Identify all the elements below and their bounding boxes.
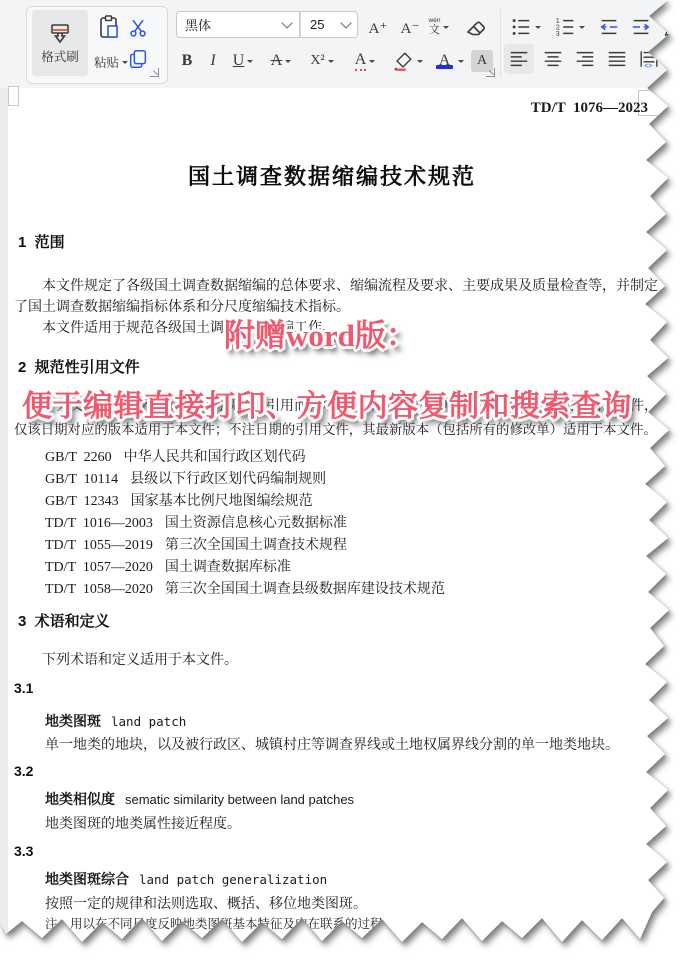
- section2-heading: 2 规范性引用文件: [18, 356, 140, 377]
- grow-font-label: A⁺: [369, 19, 388, 38]
- numbered-list-icon: 123: [554, 16, 576, 38]
- reference-code: GB/T 2260: [45, 450, 112, 465]
- distribute-icon: <>: [638, 48, 660, 70]
- term-english: land patch generalization: [139, 872, 327, 887]
- copy-button[interactable]: [126, 47, 150, 71]
- reference-code: TD/T 1058—2020: [45, 582, 153, 597]
- reference-item: GB/T 10114县级以下行政区划代码编制规则: [45, 468, 326, 488]
- chevron-down-icon: [247, 60, 253, 66]
- reference-code: TD/T 1057—2020: [45, 560, 153, 575]
- font-name-value: 黑体: [177, 15, 279, 34]
- font-color-icon: A: [434, 52, 455, 70]
- pen-icon: [661, 16, 683, 38]
- indent-icon: [630, 16, 652, 38]
- term-definition: 单一地类的地块，以及被行政区、城镇村庄等调查界线或土地权属界线分割的单一地类地块…: [45, 734, 619, 754]
- term-english: land patch: [111, 714, 186, 729]
- term-note: 注：用以在不同尺度反映地类图斑基本特征及内在联系的过程。: [45, 914, 395, 932]
- document-title: 国土调查数据缩编技术规范: [14, 160, 650, 191]
- align-left-button[interactable]: [504, 44, 534, 74]
- reference-code: GB/T 12343: [45, 494, 119, 509]
- term-english: sematic similarity between land patches: [125, 792, 354, 807]
- term-line: 地类图斑land patch: [45, 711, 186, 731]
- reference-code: GB/T 10114: [45, 472, 118, 487]
- watermark-line2: 便于编辑直接打印、方便内容复制和搜索查询: [22, 381, 632, 425]
- font-dialog-launcher[interactable]: [486, 68, 495, 77]
- svg-text:<>: <>: [644, 61, 653, 70]
- highlighter-icon: [392, 50, 414, 72]
- font-color-swatch: [436, 65, 453, 69]
- distribute-button[interactable]: <>: [634, 44, 664, 74]
- decrease-indent-button[interactable]: [596, 14, 622, 40]
- section3-intro: 下列术语和定义适用于本文件。: [14, 649, 238, 669]
- group-divider: [500, 9, 501, 77]
- font-size-select[interactable]: 25: [300, 11, 358, 38]
- term-line: 地类相似度sematic similarity between land pat…: [45, 789, 354, 809]
- reference-title: 县级以下行政区划代码编制规则: [130, 472, 326, 487]
- chevron-down-icon: [579, 26, 585, 32]
- format-painter-icon: [47, 21, 73, 47]
- font-name-select[interactable]: 黑体: [176, 11, 300, 38]
- chevron-down-icon: [535, 26, 541, 32]
- superscript-label: X²: [310, 53, 324, 69]
- svg-text:3: 3: [555, 31, 559, 38]
- reference-code: TD/T 1055—2019: [45, 538, 153, 553]
- align-left-icon: [508, 48, 530, 70]
- term-number: 3.3: [14, 843, 33, 859]
- reference-item: GB/T 12343国家基本比例尺地图编绘规范: [45, 490, 313, 510]
- align-center-icon: [542, 48, 564, 70]
- paste-clipboard-icon: [97, 14, 121, 40]
- text-effects-button[interactable]: A: [346, 48, 384, 74]
- reference-title: 第三次全国国土调查技术规程: [165, 538, 347, 553]
- reference-item: TD/T 1016—2003国土资源信息核心元数据标准: [45, 512, 347, 532]
- justify-button[interactable]: [602, 44, 632, 74]
- chevron-down-icon: [417, 60, 423, 66]
- bold-label: B: [182, 52, 193, 70]
- highlight-button[interactable]: [388, 48, 426, 74]
- phonetic-guide-icon: wén 文: [429, 18, 441, 36]
- format-painter-button[interactable]: 格式刷: [32, 10, 88, 76]
- watermark-line1: 附赠word版：: [224, 310, 417, 355]
- chevron-down-icon: [328, 60, 334, 66]
- paste-button[interactable]: [96, 12, 122, 42]
- italic-button[interactable]: I: [202, 48, 224, 74]
- term-number: 3.1: [14, 680, 33, 696]
- reference-title: 国土资源信息核心元数据标准: [165, 516, 347, 531]
- numbered-list-button[interactable]: 123: [552, 14, 586, 40]
- text-effects-label: A: [355, 51, 367, 71]
- term-chinese: 地类图斑: [45, 713, 101, 729]
- grow-font-button[interactable]: A⁺: [364, 16, 392, 40]
- align-right-button[interactable]: [570, 44, 600, 74]
- reference-title: 国家基本比例尺地图编绘规范: [131, 494, 313, 509]
- bullet-list-button[interactable]: [508, 14, 542, 40]
- copy-icon: [127, 48, 149, 70]
- italic-label: I: [210, 52, 215, 70]
- eraser-icon: [464, 16, 488, 40]
- clipboard-dialog-launcher[interactable]: [150, 68, 159, 77]
- align-center-button[interactable]: [538, 44, 568, 74]
- page-margin-strip: [0, 88, 8, 948]
- chevron-down-icon: [458, 60, 464, 66]
- term-chinese: 地类相似度: [45, 791, 115, 807]
- reference-item: TD/T 1058—2020第三次全国国土调查县级数据库建设技术规范: [45, 578, 445, 598]
- phonetic-guide-button[interactable]: wén 文: [426, 13, 452, 41]
- phonetic-char-text: 文: [429, 25, 440, 36]
- chevron-down-icon: [340, 17, 351, 28]
- shrink-font-label: A⁻: [401, 19, 420, 38]
- paste-label: 粘贴: [94, 53, 119, 71]
- align-right-icon: [574, 48, 596, 70]
- font-size-value: 25: [301, 17, 338, 32]
- underline-button[interactable]: U: [226, 48, 260, 74]
- bold-button[interactable]: B: [176, 48, 198, 74]
- ribbon-toolbar: 格式刷 粘贴: [0, 0, 685, 89]
- line-spacing-icon: [668, 48, 685, 70]
- app-window: 格式刷 粘贴: [0, 0, 685, 961]
- torn-screenshot-region: 格式刷 粘贴: [0, 0, 685, 948]
- section1-paragraph-line: 本文件规定了各级国土调查数据缩编的总体要求、缩编流程及要求、主要成果及质量检查等…: [14, 275, 658, 295]
- chevron-down-icon: [443, 26, 449, 32]
- reference-title: 中华人民共和国行政区划代码: [124, 450, 306, 465]
- reference-code: TD/T 1016—2003: [45, 516, 153, 531]
- term-number: 3.2: [14, 763, 33, 779]
- reference-item: GB/T 2260中华人民共和国行政区划代码: [45, 446, 306, 466]
- reference-item: TD/T 1055—2019第三次全国国土调查技术规程: [45, 534, 347, 554]
- reference-title: 第三次全国国土调查县级数据库建设技术规范: [165, 582, 445, 597]
- increase-indent-button[interactable]: [628, 14, 654, 40]
- outdent-icon: [598, 16, 620, 38]
- reference-item: TD/T 1057—2020国土调查数据库标准: [45, 556, 291, 576]
- char-shading-label: A: [477, 53, 487, 69]
- section3-heading: 3 术语和定义: [18, 610, 110, 631]
- line-spacing-button[interactable]: [666, 44, 685, 74]
- reference-title: 国土调查数据库标准: [165, 560, 291, 575]
- section1-heading: 1 范围: [18, 231, 65, 252]
- strikethrough-button[interactable]: A: [263, 48, 299, 74]
- scissors-icon: [127, 17, 149, 39]
- document-content: TD/T 1076—2023 国土调查数据缩编技术规范 1 范围 本文件规定了各…: [14, 88, 650, 938]
- term-chinese: 地类图斑综合: [45, 871, 129, 887]
- clear-formatting-button[interactable]: [462, 15, 490, 41]
- strikethrough-label: A: [271, 52, 283, 70]
- superscript-button[interactable]: X²: [302, 48, 342, 74]
- chevron-down-icon: [281, 17, 292, 28]
- term-line: 地类图斑综合land patch generalization: [45, 869, 327, 889]
- term-definition: 按照一定的规律和法则选取、概括、移位地类图斑。: [45, 893, 367, 913]
- font-color-button[interactable]: A: [430, 48, 468, 74]
- bullet-list-icon: [510, 16, 532, 38]
- term-definition: 地类图斑的地类属性接近程度。: [45, 813, 241, 833]
- standard-code: TD/T 1076—2023: [531, 100, 648, 117]
- writing-direction-button[interactable]: [660, 14, 684, 40]
- cut-button[interactable]: [126, 16, 150, 40]
- chevron-down-icon: [285, 60, 291, 66]
- underline-label: U: [233, 52, 245, 70]
- chevron-down-icon: [369, 60, 375, 66]
- shrink-font-button[interactable]: A⁻: [396, 16, 424, 40]
- format-painter-label: 格式刷: [41, 47, 79, 65]
- justify-icon: [606, 48, 628, 70]
